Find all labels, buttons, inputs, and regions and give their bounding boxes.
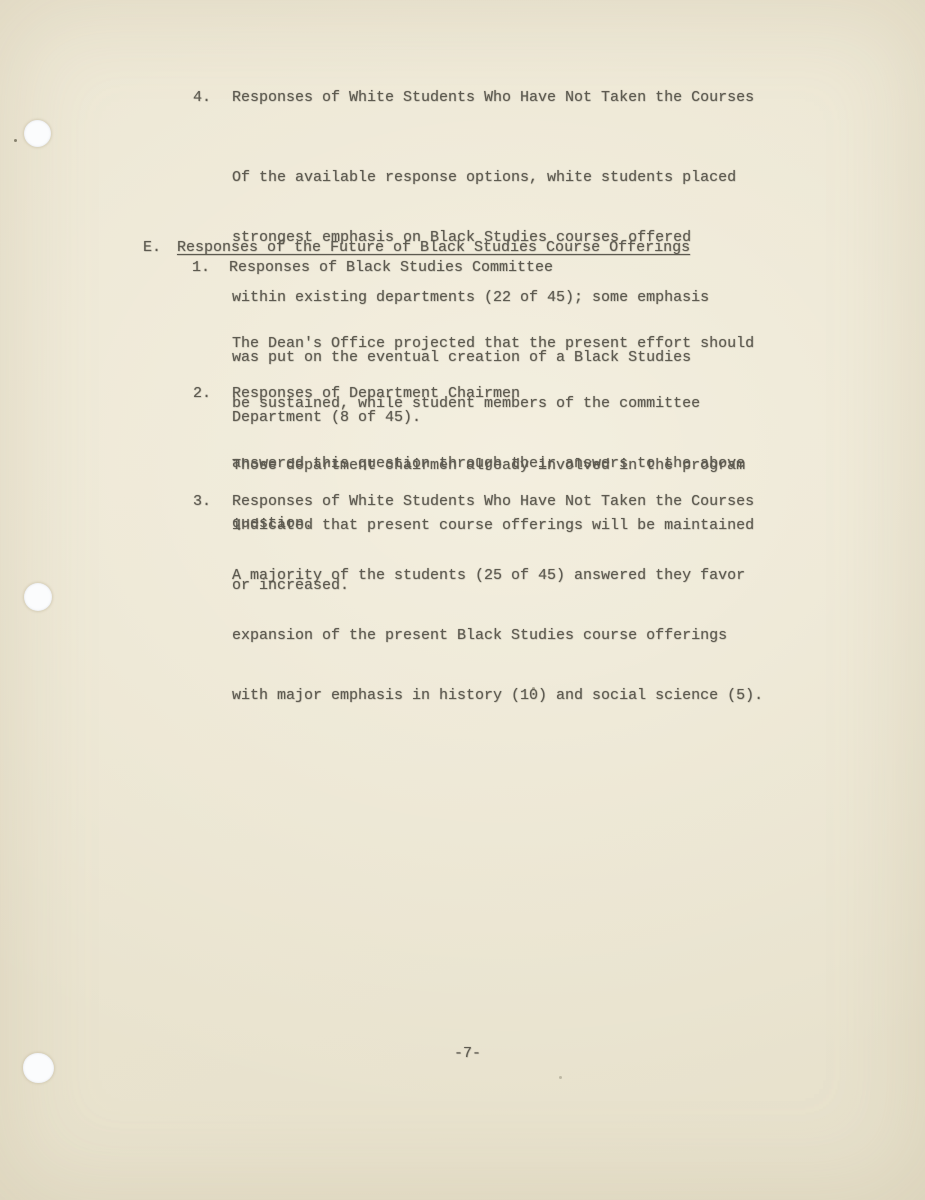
- hole-punch-top: [24, 120, 51, 147]
- item-4-title: Responses of White Students Who Have Not…: [232, 88, 754, 108]
- page-number: -7-: [454, 1044, 481, 1064]
- item-3-paragraph: A majority of the students (25 of 45) an…: [232, 526, 763, 746]
- ink-speck: [14, 139, 17, 142]
- paragraph-line: expansion of the present Black Studies c…: [232, 626, 763, 646]
- section-e-marker: E.: [143, 238, 161, 258]
- paragraph-line: The Dean's Office projected that the pre…: [232, 334, 754, 354]
- item-1-marker: 1.: [192, 258, 210, 278]
- item-2-marker: 2.: [193, 384, 211, 404]
- section-e-title: Responses of the Future of Black Studies…: [177, 238, 690, 258]
- hole-punch-middle: [24, 583, 52, 611]
- item-3-marker: 3.: [193, 492, 211, 512]
- hole-punch-bottom: [23, 1053, 54, 1083]
- item-3-title: Responses of White Students Who Have Not…: [232, 492, 754, 512]
- paragraph-line: Those department chairmen already involv…: [232, 456, 754, 476]
- paragraph-line: with major emphasis in history (10) and …: [232, 686, 763, 706]
- item-4-marker: 4.: [193, 88, 211, 108]
- item-1-title: Responses of Black Studies Committee: [229, 258, 553, 278]
- item-2-title: Responses of Department Chairmen: [232, 384, 520, 404]
- paragraph-line: A majority of the students (25 of 45) an…: [232, 566, 763, 586]
- paragraph-line: Of the available response options, white…: [232, 168, 736, 188]
- ink-speck: [559, 1076, 562, 1079]
- scanned-document-page: 4. Responses of White Students Who Have …: [0, 0, 925, 1200]
